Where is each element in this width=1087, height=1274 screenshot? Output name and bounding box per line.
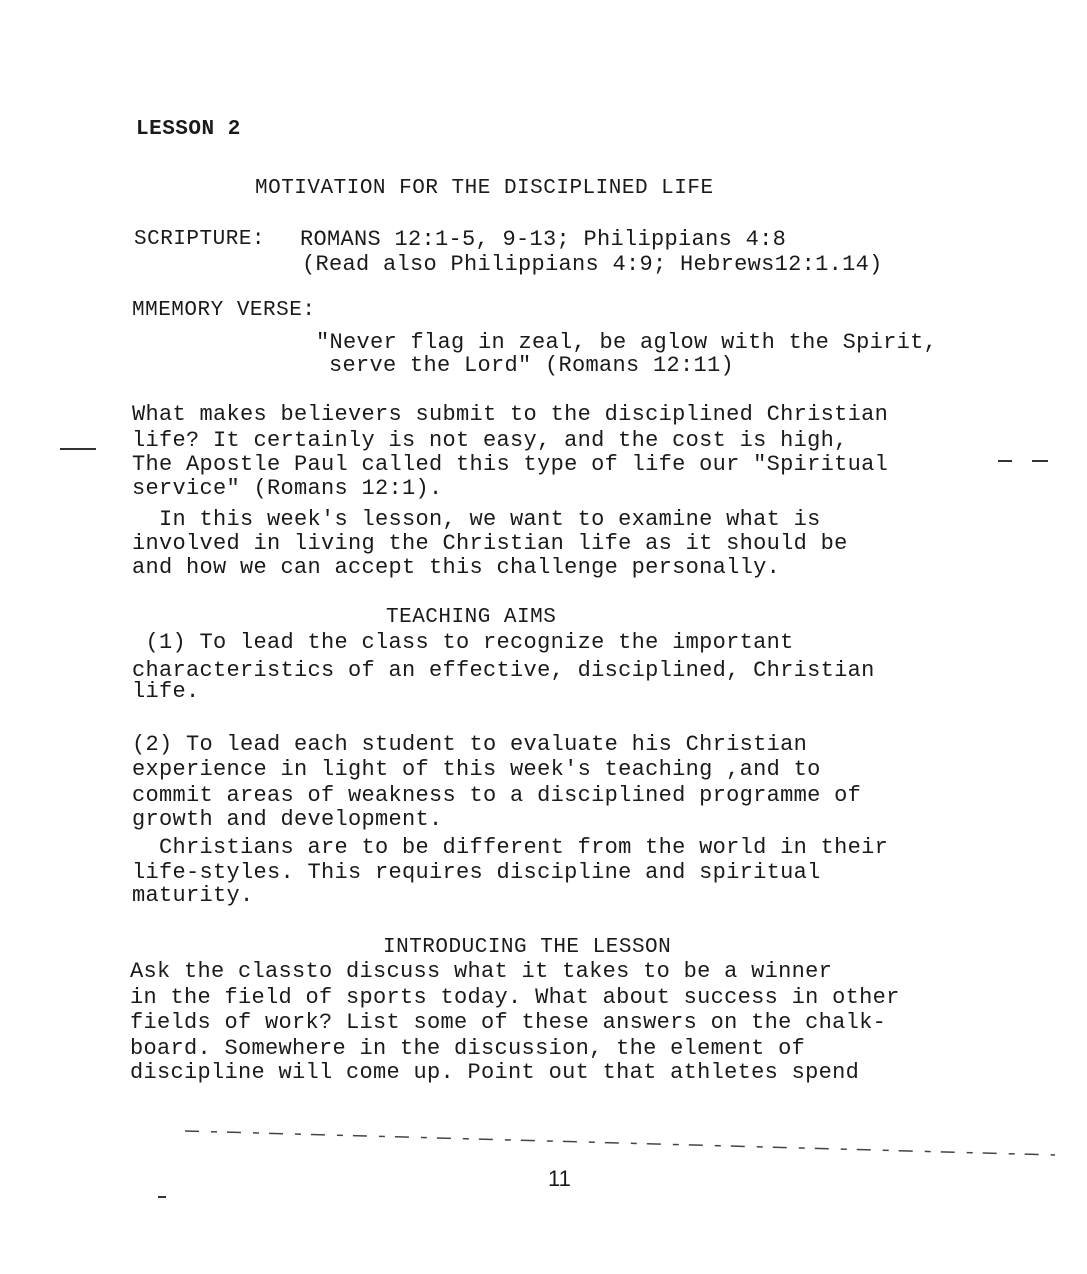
- intro-line: life? It certainly is not easy, and the …: [132, 429, 848, 453]
- aims-note-line: maturity.: [132, 884, 254, 908]
- aim-1-line: (1) To lead the class to recognize the i…: [132, 631, 794, 655]
- aim-2-line: experience in light of this week's teach…: [132, 758, 821, 782]
- aims-note-line: Christians are to be different from the …: [132, 836, 888, 860]
- lesson-label: LESSON 2: [136, 118, 241, 142]
- aim-1-line: life.: [132, 680, 200, 704]
- scripture-main: ROMANS 12:1-5, 9-13; Philippians 4:8: [300, 228, 786, 252]
- aim-1-line: characteristics of an effective, discipl…: [132, 659, 875, 683]
- page-number: 11: [548, 1166, 571, 1192]
- page-separator-dashes: [185, 1125, 1065, 1165]
- week-line: In this week's lesson, we want to examin…: [132, 508, 821, 532]
- intro-line: service" (Romans 12:1).: [132, 477, 443, 501]
- week-line: involved in living the Christian life as…: [132, 532, 848, 556]
- introducing-heading: INTRODUCING THE LESSON: [383, 936, 671, 960]
- margin-dash: [998, 460, 1012, 462]
- introducing-line: fields of work? List some of these answe…: [130, 1011, 886, 1035]
- introducing-line: board. Somewhere in the discussion, the …: [130, 1037, 805, 1061]
- aim-2-line: (2) To lead each student to evaluate his…: [132, 733, 807, 757]
- intro-line: The Apostle Paul called this type of lif…: [132, 453, 888, 477]
- aim-2-line: growth and development.: [132, 808, 443, 832]
- margin-dash: [158, 1196, 166, 1198]
- scripture-also: (Read also Philippians 4:9; Hebrews12:1.…: [302, 253, 883, 277]
- introducing-line: in the field of sports today. What about…: [130, 986, 900, 1010]
- page-title: MOTIVATION FOR THE DISCIPLINED LIFE: [255, 177, 714, 201]
- aims-note-line: life-styles. This requires discipline an…: [132, 861, 821, 885]
- memory-verse-label: MMEMORY VERSE:: [132, 299, 315, 323]
- teaching-aims-heading: TEACHING AIMS: [386, 606, 556, 630]
- scripture-label: SCRIPTURE:: [134, 228, 265, 252]
- memory-verse-line2: serve the Lord" (Romans 12:11): [329, 354, 734, 378]
- introducing-line: Ask the classto discuss what it takes to…: [130, 960, 832, 984]
- intro-line: What makes believers submit to the disci…: [132, 403, 888, 427]
- margin-dash: [60, 448, 96, 450]
- aim-2-line: commit areas of weakness to a discipline…: [132, 784, 861, 808]
- week-line: and how we can accept this challenge per…: [132, 556, 780, 580]
- margin-dash: [1032, 460, 1048, 462]
- memory-verse-line1: "Never flag in zeal, be aglow with the S…: [316, 331, 937, 355]
- introducing-line: discipline will come up. Point out that …: [130, 1061, 859, 1085]
